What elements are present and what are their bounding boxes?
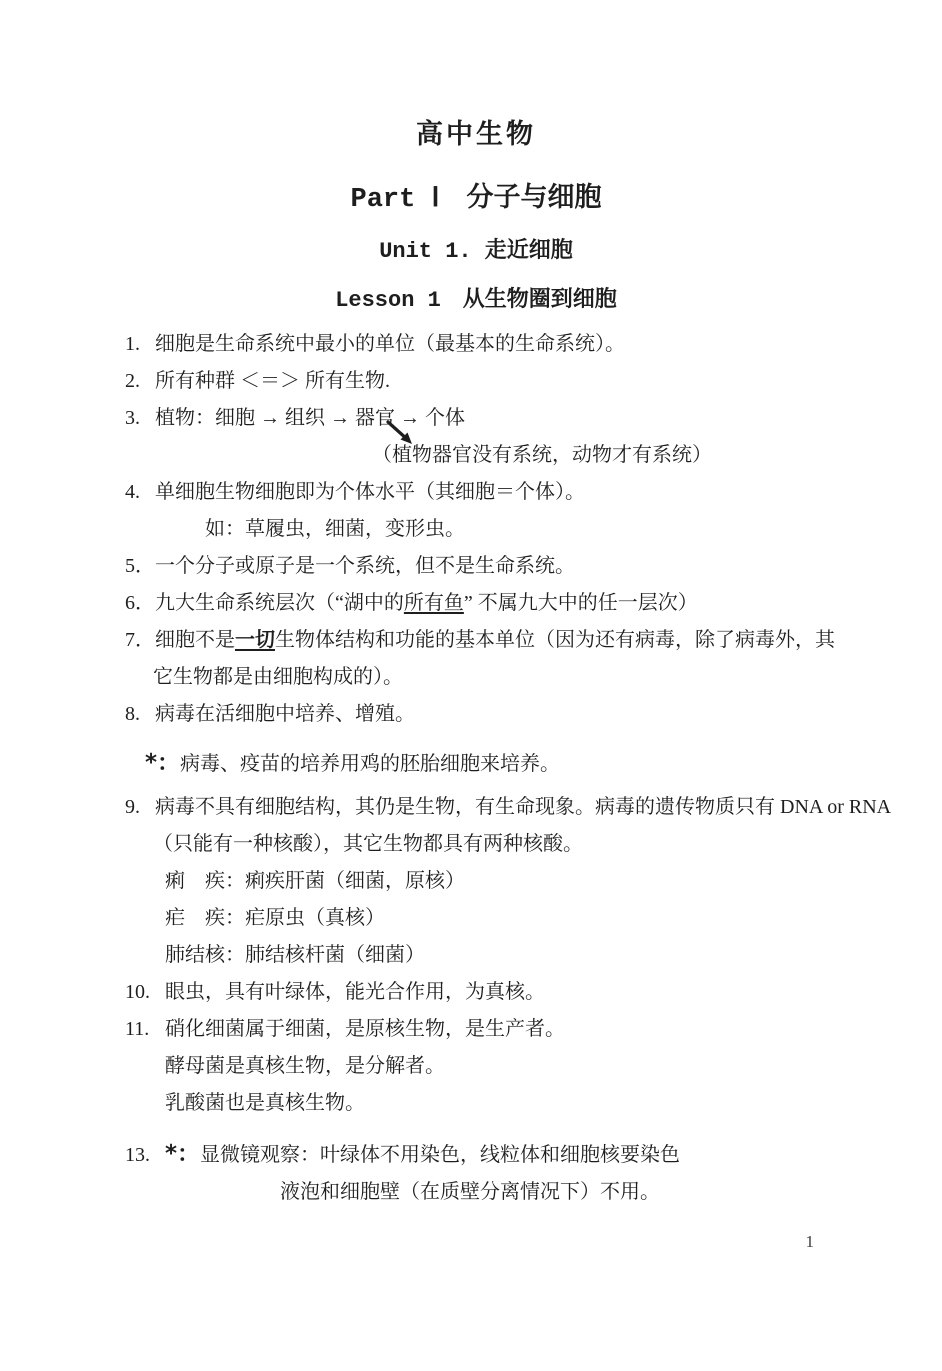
- note-item-8-star-note: *：病毒、疫苗的培养用鸡的胚胎细胞来培养。: [145, 750, 882, 778]
- item-text: 它生物都是由细胞构成的）。: [153, 666, 403, 688]
- item-text: 硝化细菌属于细菌，是原核生物，是生产者。: [165, 1018, 565, 1040]
- item-text: 酵母菌是真核生物，是分解者。: [165, 1055, 445, 1077]
- lesson-title: Lesson 1 从生物圈到细胞: [125, 282, 882, 313]
- note-item-13-continuation: 液泡和细胞壁（在质壁分离情况下）不用。: [280, 1179, 882, 1206]
- note-item-10: 10.眼虫，具有叶绿体，能光合作用，为真核。: [125, 979, 882, 1006]
- note-item-3-annotation: （植物器官没有系统，动物才有系统）: [372, 442, 882, 469]
- item-text: 眼虫，具有叶绿体，能光合作用，为真核。: [165, 981, 545, 1003]
- note-item-8: 8.病毒在活细胞中培养、增殖。: [125, 701, 882, 728]
- part-title: Part Ⅰ 分子与细胞: [125, 175, 882, 215]
- item-text: 一个分子或原子是一个系统，但不是生命系统。: [155, 555, 575, 577]
- item-text: 乳酸菌也是真核生物。: [165, 1092, 365, 1114]
- note-item-7-continuation: 它生物都是由细胞构成的）。: [153, 664, 882, 691]
- item-text: 细胞是生命系统中最小的单位（最基本的生命系统）。: [155, 333, 625, 355]
- unit-title: Unit 1. 走近细胞: [125, 233, 882, 264]
- note-item-11-line-2: 酵母菌是真核生物，是分解者。: [165, 1053, 882, 1080]
- example-text: 如：草履虫，细菌，变形虫。: [205, 518, 465, 540]
- disease-text: 肺结核：肺结核杆菌（细菌）: [165, 944, 425, 966]
- item-text: 病毒不具有细胞结构，其仍是生物，有生命现象。病毒的遗传物质只有 DNA or R…: [155, 796, 891, 818]
- item-text: 所有种群 ＜＝＞ 所有生物.: [155, 370, 390, 392]
- item-text: 单细胞生物细胞即为个体水平（其细胞＝个体）。: [155, 481, 585, 503]
- item-text: 液泡和细胞壁（在质壁分离情况下）不用。: [280, 1181, 660, 1203]
- note-item-9: 9.病毒不具有细胞结构，其仍是生物，有生命现象。病毒的遗传物质只有 DNA or…: [125, 794, 882, 821]
- item-text-post: 生物体结构和功能的基本单位（因为还有病毒，除了病毒外，其: [275, 629, 835, 651]
- note-item-2: 2.所有种群 ＜＝＞ 所有生物.: [125, 368, 882, 395]
- item-number: 7．: [125, 627, 155, 654]
- item-number: 5．: [125, 553, 155, 580]
- item-number: 1.: [125, 331, 155, 358]
- note-item-6: 6．九大生命系统层次（“湖中的所有鱼” 不属九大中的任一层次）: [125, 590, 882, 617]
- note-item-5: 5．一个分子或原子是一个系统，但不是生命系统。: [125, 553, 882, 580]
- note-item-11-line-3: 乳酸菌也是真核生物。: [165, 1090, 882, 1117]
- note-item-7: 7．细胞不是一切生物体结构和功能的基本单位（因为还有病毒，除了病毒外，其: [125, 627, 882, 654]
- underlined-phrase: 所有鱼: [404, 592, 464, 614]
- emphasized-phrase: 一切: [235, 629, 275, 651]
- asterisk-marker-icon: *：: [165, 1141, 200, 1167]
- note-item-9-continuation: （只能有一种核酸），其它生物都具有两种核酸。: [153, 831, 882, 858]
- item-text-pre: 细胞不是: [155, 629, 235, 651]
- item-number: 11.: [125, 1016, 165, 1043]
- annotation-text: （植物器官没有系统，动物才有系统）: [372, 444, 712, 466]
- item-number: 4.: [125, 479, 155, 506]
- item-number: 6．: [125, 590, 155, 617]
- item-text: （只能有一种核酸），其它生物都具有两种核酸。: [153, 833, 583, 855]
- note-item-3: 3.植物：细胞 → 组织 → 器官 → 个体: [125, 405, 882, 432]
- note-item-9-disease-1: 痢 疾：痢疾肝菌（细菌，原核）: [165, 868, 882, 895]
- note-item-11: 11.硝化细菌属于细菌，是原核生物，是生产者。: [125, 1016, 882, 1043]
- page-number: 1: [806, 1232, 815, 1252]
- item-text: 病毒在活细胞中培养、增殖。: [155, 703, 415, 725]
- note-item-9-disease-2: 疟 疾：疟原虫（真核）: [165, 905, 882, 932]
- note-item-4-example: 如：草履虫，细菌，变形虫。: [205, 516, 882, 543]
- disease-text: 疟 疾：疟原虫（真核）: [165, 907, 385, 929]
- item-number: 3.: [125, 405, 155, 432]
- item-number: 10.: [125, 979, 165, 1006]
- disease-text: 痢 疾：痢疾肝菌（细菌，原核）: [165, 870, 465, 892]
- hand-drawn-arrow-icon: [384, 418, 420, 450]
- item-number: 8.: [125, 701, 155, 728]
- note-item-13: 13.*：显微镜观察：叶绿体不用染色，线粒体和细胞核要染色: [125, 1141, 882, 1169]
- item-number: 13.: [125, 1142, 165, 1169]
- doc-title: 高中生物: [125, 112, 882, 151]
- star-note-text: 病毒、疫苗的培养用鸡的胚胎细胞来培养。: [180, 753, 560, 775]
- note-item-9-disease-3: 肺结核：肺结核杆菌（细菌）: [165, 942, 882, 969]
- note-item-4: 4.单细胞生物细胞即为个体水平（其细胞＝个体）。: [125, 479, 882, 506]
- item-text-pre: 九大生命系统层次（“湖中的: [155, 592, 404, 614]
- document-page: 高中生物 Part Ⅰ 分子与细胞 Unit 1. 走近细胞 Lesson 1 …: [0, 0, 942, 1371]
- asterisk-marker-icon: *：: [145, 750, 180, 776]
- item-number: 2.: [125, 368, 155, 395]
- item-text: 显微镜观察：叶绿体不用染色，线粒体和细胞核要染色: [200, 1144, 680, 1166]
- note-item-1: 1.细胞是生命系统中最小的单位（最基本的生命系统）。: [125, 331, 882, 358]
- item-text-post: ” 不属九大中的任一层次）: [464, 592, 698, 614]
- item-number: 9.: [125, 794, 155, 821]
